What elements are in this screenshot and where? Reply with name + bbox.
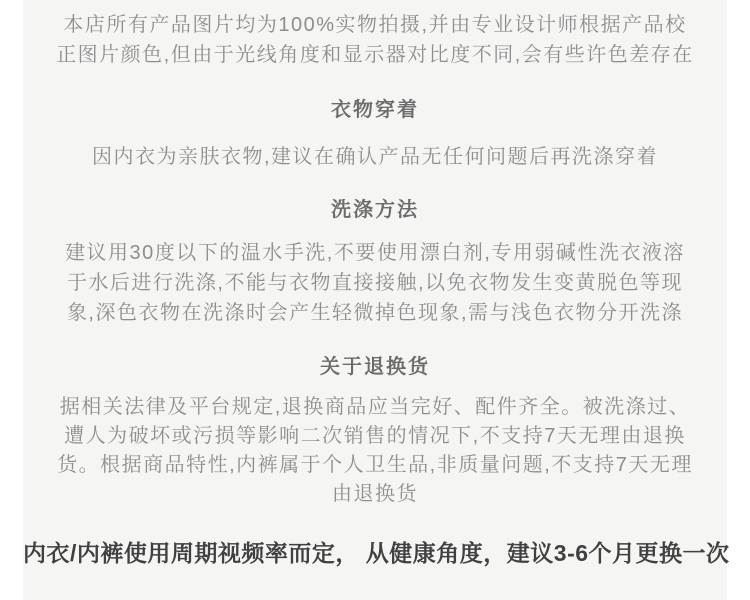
replacement-advice-note: 内衣/内裤使用周期视频率而定， 从健康角度，建议3-6个月更换一次 xyxy=(23,536,727,570)
section-title-returns: 关于退换货 xyxy=(23,352,727,382)
washing-line: 象,深色衣物在洗涤时会产生轻微掉色现象,需与浅色衣物分开洗涤 xyxy=(23,298,727,328)
photo-disclaimer-line: 本店所有产品图片均为100%实物拍摄,并由专业设计师根据产品校 xyxy=(23,10,727,40)
section-title-washing: 洗涤方法 xyxy=(23,195,727,225)
washing-paragraph: 建议用30度以下的温水手洗,不要使用漂白剂,专用弱碱性洗衣液溶 于水后进行洗涤,… xyxy=(23,238,727,328)
returns-line: 货。根据商品特性,内裤属于个人卫生品,非质量问题,不支持7天无理 xyxy=(23,451,727,480)
product-notice-panel: 本店所有产品图片均为100%实物拍摄,并由专业设计师根据产品校 正图片颜色,但由… xyxy=(23,0,727,600)
returns-line: 遭人为破坏或污损等影响二次销售的情况下,不支持7天无理由退换 xyxy=(23,422,727,451)
photo-disclaimer-paragraph: 本店所有产品图片均为100%实物拍摄,并由专业设计师根据产品校 正图片颜色,但由… xyxy=(23,10,727,70)
wearing-paragraph: 因内衣为亲肤衣物,建议在确认产品无任何问题后再洗涤穿着 xyxy=(23,142,727,172)
returns-paragraph: 据相关法律及平台规定,退换商品应当完好、配件齐全。被洗涤过、 遭人为破坏或污损等… xyxy=(23,393,727,509)
wearing-line: 因内衣为亲肤衣物,建议在确认产品无任何问题后再洗涤穿着 xyxy=(23,142,727,172)
returns-line: 据相关法律及平台规定,退换商品应当完好、配件齐全。被洗涤过、 xyxy=(23,393,727,422)
washing-line: 建议用30度以下的温水手洗,不要使用漂白剂,专用弱碱性洗衣液溶 xyxy=(23,238,727,268)
section-title-wearing: 衣物穿着 xyxy=(23,95,727,125)
returns-line: 由退换货 xyxy=(23,480,727,509)
photo-disclaimer-line: 正图片颜色,但由于光线角度和显示器对比度不同,会有些许色差存在 xyxy=(23,40,727,70)
washing-line: 于水后进行洗涤,不能与衣物直接接触,以免衣物发生变黄脱色等现 xyxy=(23,268,727,298)
product-detail-page: 本店所有产品图片均为100%实物拍摄,并由专业设计师根据产品校 正图片颜色,但由… xyxy=(0,0,750,600)
